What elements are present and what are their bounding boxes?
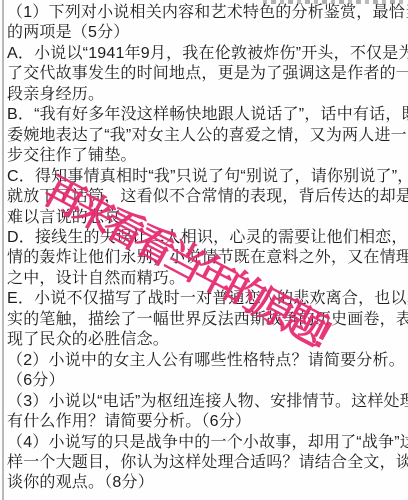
text-line: 之中，设计自然而精巧。 (7, 269, 407, 289)
text-line: 步交往作了铺垫。 (7, 146, 407, 166)
text-line: C．得知事情真相时“我”只说了句“别说了，请你别说了”， (7, 167, 407, 187)
text-line: 难以言说的悲哀。 (7, 208, 407, 228)
text-line: 就放下了话筒，这看似不合常情的表现，背后传达的却是 (7, 187, 407, 207)
text-line: 了交代故事发生的时间地点，更是为了强调这是作者的一 (7, 64, 407, 84)
document-page: （1）下列对小说相关内容和艺术特色的分析鉴赏，最恰当 的两项是（5分） A．小说… (0, 0, 408, 500)
text-line: 段亲身经历。 (7, 85, 407, 105)
text-line: 实的笔触，描绘了一幅世界反法西斯战争的历史画卷，表 (7, 310, 407, 330)
left-border-line (2, 0, 4, 500)
text-line: E．小说不仅描写了战时一对普通恋人的悲欢离合，也以真 (7, 289, 407, 309)
text-line: （3）小说以“电话”为枢纽连接人物、安排情节。这样处理 (7, 392, 407, 412)
text-line: 现了民众的必胜信念。 (7, 330, 407, 350)
text-line: （2）小说中的女主人公有哪些性格特点？请简要分析。 (7, 351, 407, 371)
text-line: D．接线生的失误让二人相识，心灵的需要让他们相恋，无 (7, 228, 407, 248)
text-line: B．“我有好多年没这样畅快地跟人说话了”，话中有话，既 (7, 105, 407, 125)
text-line: 样一个大题目，你认为这样处理合适吗？请结合全文，谈 (7, 453, 407, 473)
exam-question-text: （1）下列对小说相关内容和艺术特色的分析鉴赏，最恰当 的两项是（5分） A．小说… (7, 3, 407, 494)
text-line: 谈你的观点。（8分） (7, 473, 407, 493)
text-line: （4）小说写的只是战争中的一个小故事，却用了“战争”这 (7, 433, 407, 453)
text-line: A．小说以“1941年9月，我在伦敦被炸伤”开头，不仅是为 (7, 44, 407, 64)
text-line: （1）下列对小说相关内容和艺术特色的分析鉴赏，最恰当 (7, 3, 407, 23)
text-line: 情的轰炸让他们永别，小说情节既在意料之外，又在情理 (7, 248, 407, 268)
text-line: 委婉地表达了“我”对女主人公的喜爱之情，又为两人进一 (7, 126, 407, 146)
text-line: （6分） (7, 371, 407, 391)
text-line: 有什么作用？请简要分析。（6分） (7, 412, 407, 432)
text-line: 的两项是（5分） (7, 23, 407, 43)
